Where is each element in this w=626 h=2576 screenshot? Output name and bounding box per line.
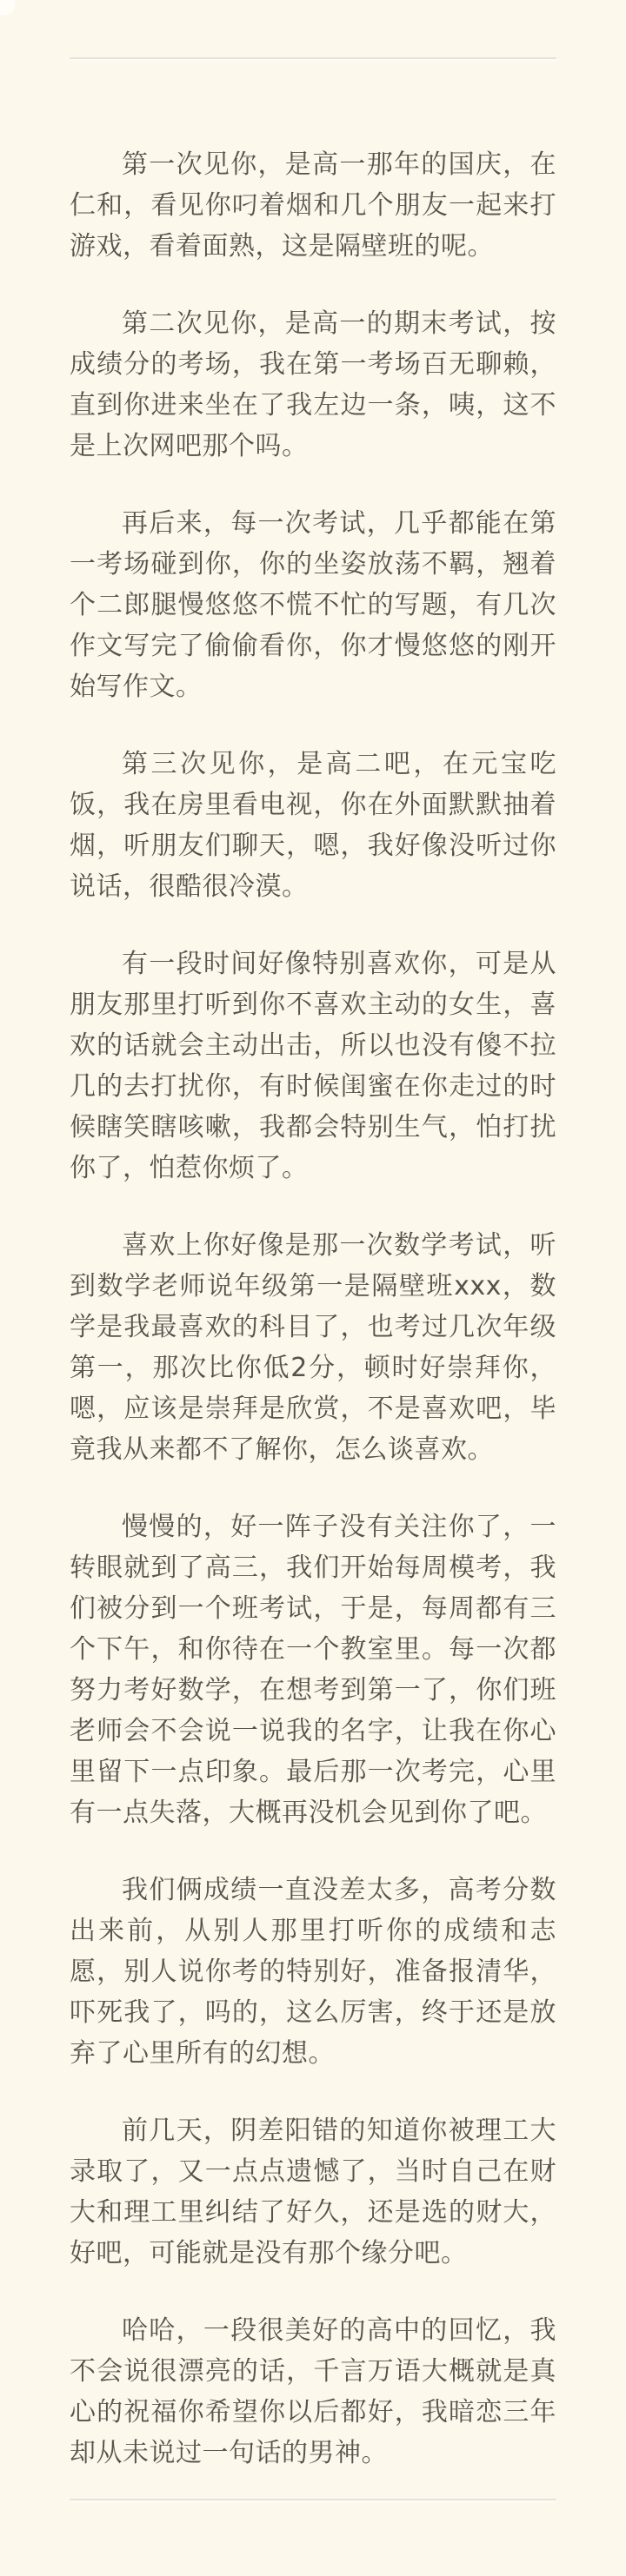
reader-page: { "page": { "background_color": "#fdf8ec…: [0, 0, 626, 2576]
paragraph: 再后来，每一次考试，几乎都能在第一考场碰到你，你的坐姿放荡不羁，翘着个二郎腿慢悠…: [70, 503, 556, 707]
top-divider: [70, 57, 556, 59]
page-corner-glare: [0, 0, 15, 15]
bottom-divider: [70, 2499, 556, 2500]
article-body: 第一次见你，是高一那年的国庆，在仁和，看见你叼着烟和几个朋友一起来打游戏，看着面…: [70, 144, 556, 2473]
paragraph: 第三次见你，是高二吧，在元宝吃饭，我在房里看电视，你在外面默默抽着烟，听朋友们聊…: [70, 744, 556, 907]
paragraph: 慢慢的，好一阵子没有关注你了，一转眼就到了高三，我们开始每周模考，我们被分到一个…: [70, 1507, 556, 1833]
paragraph: 喜欢上你好像是那一次数学考试，听到数学老师说年级第一是隔壁班xxx，数学是我最喜…: [70, 1225, 556, 1470]
paragraph: 第一次见你，是高一那年的国庆，在仁和，看见你叼着烟和几个朋友一起来打游戏，看着面…: [70, 144, 556, 267]
paragraph: 有一段时间好像特别喜欢你，可是从朋友那里打听到你不喜欢主动的女生，喜欢的话就会主…: [70, 944, 556, 1189]
paragraph: 哈哈，一段很美好的高中的回忆，我不会说很漂亮的话，千言万语大概就是真心的祝福你希…: [70, 2310, 556, 2473]
paragraph: 我们俩成绩一直没差太多，高考分数出来前，从别人那里打听你的成绩和志愿，别人说你考…: [70, 1870, 556, 2074]
paragraph: 第二次见你，是高一的期末考试，按成绩分的考场，我在第一考场百无聊赖，直到你进来坐…: [70, 303, 556, 467]
paragraph: 前几天，阴差阳错的知道你被理工大录取了，又一点点遗憾了，当时自己在财大和理工里纠…: [70, 2110, 556, 2274]
